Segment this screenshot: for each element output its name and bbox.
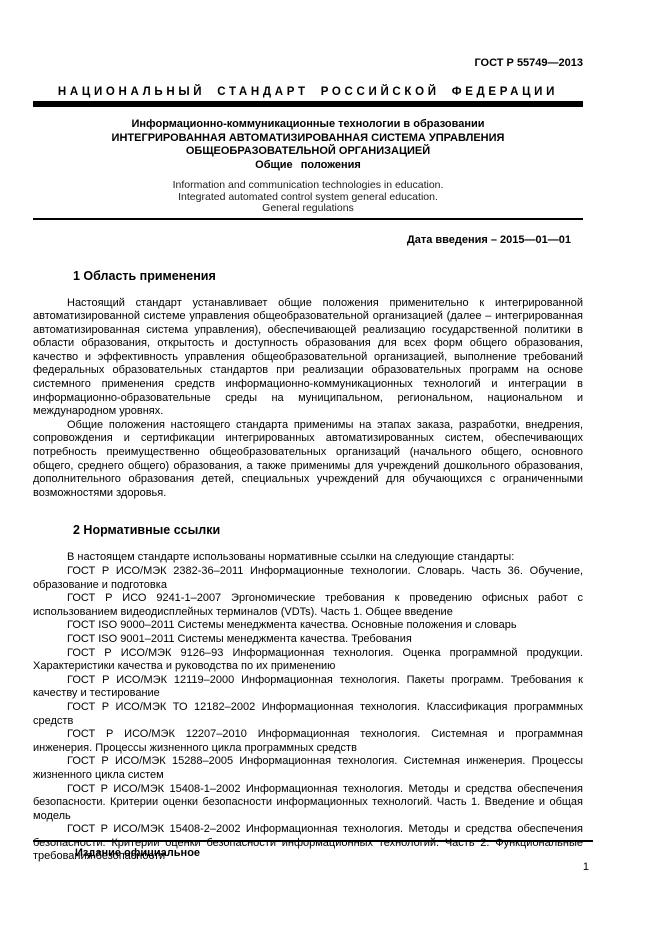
title-english-block: Information and communication technologi… — [33, 180, 583, 215]
title-subject: Информационно-коммуникационные технологи… — [33, 118, 583, 132]
standard-reference: ГОСТ Р ИСО/МЭК 12207–2010 Информационная… — [33, 728, 583, 755]
edition-note: Издание официальное — [75, 847, 200, 859]
title-block: Информационно-коммуникационные технологи… — [33, 118, 583, 172]
title-subtitle: Общие положения — [33, 159, 583, 173]
title-en-line3: General regulations — [33, 203, 583, 215]
document-code: ГОСТ Р 55749—2013 — [33, 57, 583, 69]
title-main-line1: ИНТЕГРИРОВАННАЯ АВТОМАТИЗИРОВАННАЯ СИСТЕ… — [33, 132, 583, 146]
section-2-heading: 2 Нормативные ссылки — [73, 523, 583, 538]
national-standard-banner: НАЦИОНАЛЬНЫЙ СТАНДАРТ РОССИЙСКОЙ ФЕДЕРАЦ… — [33, 86, 583, 99]
section-scope: 1 Область применения Настоящий стандарт … — [33, 269, 583, 501]
standard-reference: ГОСТ Р ИСО/МЭК 15288–2005 Информационная… — [33, 755, 583, 782]
page-number: 1 — [583, 861, 589, 873]
standard-reference: ГОСТ Р ИСО 9241-1–2007 Эргономические тр… — [33, 592, 583, 619]
effective-date: Дата введения – 2015—01—01 — [33, 234, 583, 246]
title-en-line1: Information and communication technologi… — [33, 180, 583, 192]
standard-reference: ГОСТ ISO 9001–2011 Системы менеджмента к… — [33, 633, 583, 647]
standard-reference: ГОСТ Р ИСО/МЭК 9126–93 Информационная те… — [33, 647, 583, 674]
standard-reference: ГОСТ Р ИСО/МЭК 12119–2000 Информационная… — [33, 674, 583, 701]
title-divider-rule — [33, 218, 583, 220]
standard-reference: ГОСТ ISO 9000–2011 Системы менеджмента к… — [33, 619, 583, 633]
paragraph: В настоящем стандарте использованы норма… — [33, 551, 583, 565]
section-normative-references: 2 Нормативные ссылки В настоящем стандар… — [33, 523, 583, 864]
title-main-line2: ОБЩЕОБРАЗОВАТЕЛЬНОЙ ОРГАНИЗАЦИЕЙ — [33, 145, 583, 159]
document-page: ГОСТ Р 55749—2013 НАЦИОНАЛЬНЫЙ СТАНДАРТ … — [0, 0, 661, 936]
standard-reference: ГОСТ Р ИСО/МЭК ТО 12182–2002 Информацион… — [33, 701, 583, 728]
header-divider-bar — [33, 101, 583, 107]
footer-divider-rule — [33, 840, 593, 842]
standard-reference: ГОСТ Р ИСО/МЭК 15408-1–2002 Информационн… — [33, 783, 583, 824]
standard-reference: ГОСТ Р ИСО/МЭК 2382-36–2011 Информационн… — [33, 565, 583, 592]
section-1-heading: 1 Область применения — [73, 269, 583, 284]
paragraph: Общие положения настоящего стандарта при… — [33, 419, 583, 501]
paragraph: Настоящий стандарт устанавливает общие п… — [33, 297, 583, 419]
